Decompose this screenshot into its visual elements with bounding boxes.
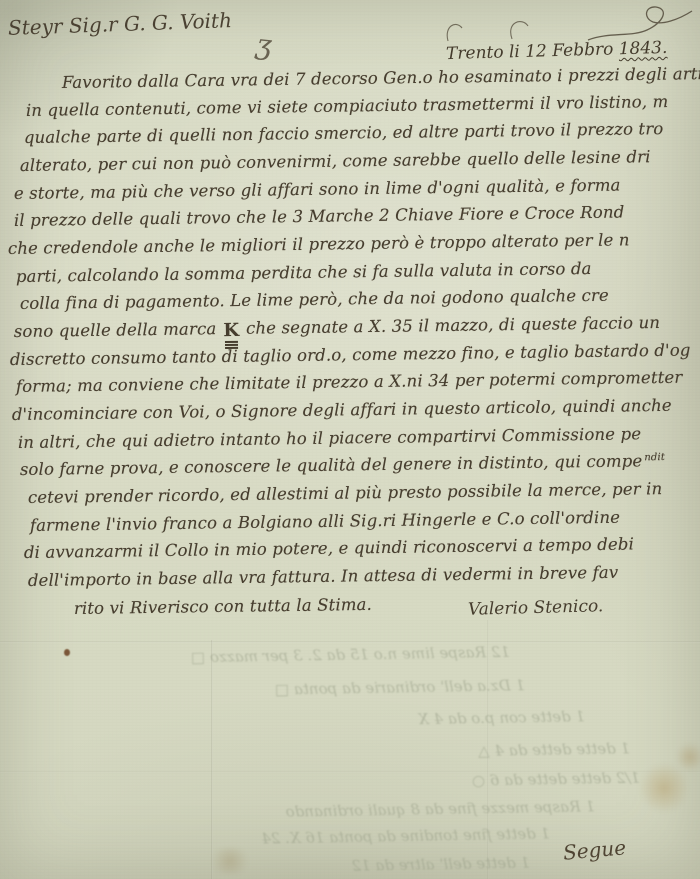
letter-line: forma; ma conviene che limitate il prezz… [16, 368, 683, 396]
addressee-line: Steyr Sig.r G. G. Voith [8, 8, 233, 40]
maker-mark-K: K [223, 322, 239, 343]
letter-line-post-mark: che segnate a X. 35 il mazzo, di queste … [246, 313, 660, 338]
letter-line: parti, calcolando la somma perdita che s… [16, 259, 592, 286]
letter-line-with-superscript: solo farne prova, e conoscere le qualità… [20, 451, 665, 479]
horizontal-fold-crease [0, 641, 700, 643]
ink-spot-stain [64, 649, 70, 656]
foxing-stain [640, 762, 688, 814]
pen-flourish-hooks [438, 14, 558, 44]
letter-page: ʒ Steyr Sig.r G. G. Voith Trento li 12 F… [0, 0, 700, 879]
letter-line: che credendole anche le migliori il prez… [8, 230, 630, 258]
signature: Valerio Stenico. [468, 596, 604, 620]
letter-line: alterato, per cui non può convenirmi, co… [20, 147, 651, 175]
letter-line: il prezzo delle quali trovo che le 3 Mar… [14, 202, 625, 230]
bleed-through-line: 1 dette fine tondine da ponta 16 X. 24 [150, 825, 550, 850]
foxing-stain [676, 742, 700, 772]
letter-line: Favorito dalla Cara vra dei 7 decorso Ge… [62, 64, 700, 92]
letter-line: colla fina di pagamento. Le lime però, c… [20, 286, 609, 313]
letter-line: qualche parte di quelli non faccio smerc… [24, 119, 664, 147]
dateline-place-date: Trento li 12 Febbro [446, 39, 614, 64]
letter-line: d'incominciare con Voi, o Signore degli … [12, 396, 672, 424]
letter-line: in quella contenuti, come vi siete compi… [26, 92, 669, 120]
letter-line: in altri, che qui adietro intanto ho il … [18, 424, 642, 452]
bleed-through-line: 1 dette dell' altre da 12 [150, 854, 530, 879]
bleed-through-line: 1 dette con p.o da 4 X [165, 707, 585, 732]
closing-line: rito vi Riverisco con tutta la Stima. [74, 595, 372, 618]
bleed-through-line: 1 Dz.a dell' ordinarie da ponta □ [205, 676, 525, 700]
letter-line-with-mark: sono quelle della marcaKche segnate a X.… [14, 313, 661, 346]
letter-line: dell'importo in base alla vra fattura. I… [28, 563, 619, 590]
letter-line: e storte, ma più che verso gli affari so… [14, 176, 621, 203]
letter-line: di avvanzarmi il Collo in mio potere, e … [24, 534, 634, 562]
superscript-correction: ndit [644, 451, 665, 462]
bleed-through-line: 1 dette dette da 4 △ [210, 739, 630, 764]
letter-line: farmene l'invio franco a Bolgiano alli S… [30, 508, 620, 535]
mark-underline-bars [225, 341, 238, 343]
dateline-year: 1843. [618, 38, 667, 59]
pen-flourish-curl: ʒ [254, 27, 273, 61]
letter-line-pre-mark: sono quelle della marca [14, 319, 217, 341]
bleed-through-line: 1 Raspe mezze fine da 8 quali ordinando [175, 797, 595, 822]
letter-line: cetevi prender ricordo, ed allestimi al … [28, 479, 663, 507]
segue-continuation-note: Segue [562, 835, 627, 864]
letter-line: discretto consumo tanto di taglio ord.o,… [10, 340, 691, 369]
bleed-through-line: 12 Raspe lime n.o 15 da 2. 3 per mazzo □ [150, 643, 510, 667]
